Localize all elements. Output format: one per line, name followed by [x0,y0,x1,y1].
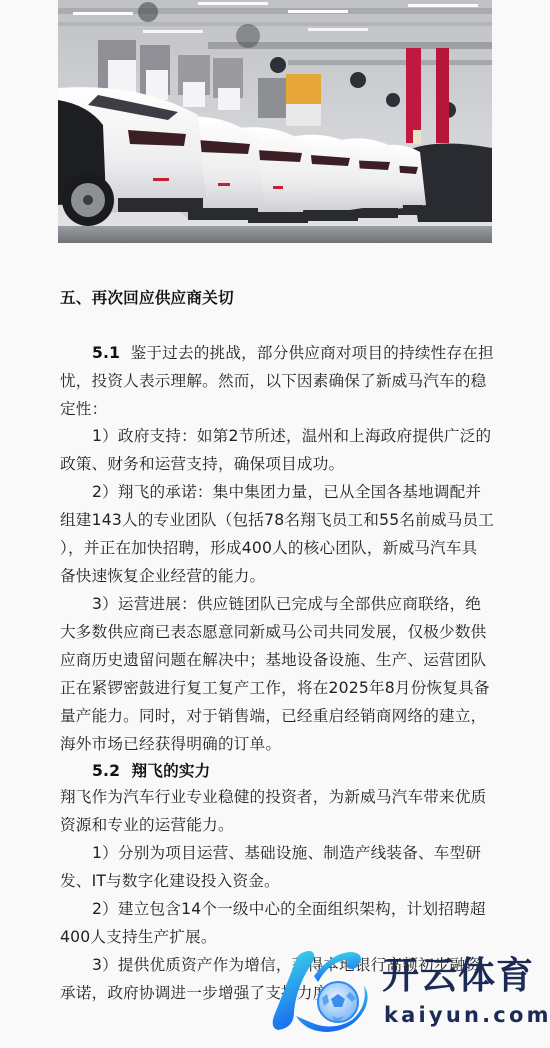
point-line: 正在紧锣密鼓进行复工复产工作，将在2025年8月份恢复具备 [60,674,490,702]
point-line: 大多数供应商已表态愿意同新威马公司共同发展，仅极少数供 [60,618,486,646]
watermark-brand: 开云体育 [382,954,534,998]
section-number: 5.1 [92,344,120,362]
point-line: 组建143人的专业团队（包括78名翔飞员工和55名前威马员工 [60,506,494,534]
point-line: 2）翔飞的承诺：集中集团力量，已从全国各基地调配并 [60,478,481,506]
article-photo [58,0,492,243]
point-line: 发、IT与数字化建设投入资金。 [60,867,280,895]
point-line: 2）建立包含14个一级中心的全面组织架构，计划招聘超 [60,895,486,923]
point-line: ），并正在加快招聘，形成400人的核心团队，新威马汽车具 [60,534,477,562]
paragraph-5-2-line: 翔飞作为汽车行业专业稳健的投资者，为新威马汽车带来优质 [60,783,486,811]
point-line: 1）分别为项目运营、基础设施、制造产线装备、车型研 [60,839,481,867]
factory-cars-image [58,0,492,243]
watermark-logo: 开云体育 kaiyun.com [266,946,546,1036]
paragraph-5-1-line: 忧，投资人表示理解。然而，以下因素确保了新威马汽车的稳 [60,367,486,395]
subsection-heading: 5.2 翔飞的实力 [60,757,210,785]
point-line: 备快速恢复企业经营的能力。 [60,562,265,590]
paragraph-5-1-line: 定性： [60,395,107,423]
paragraph-5-2-line: 资源和专业的运营能力。 [60,811,234,839]
k-soccer-ball-logo-icon [266,946,378,1036]
point-line: 海外市场已经获得明确的订单。 [60,730,281,758]
paragraph-5-1-line: 5.1 鉴于过去的挑战，部分供应商对项目的持续性存在担 [60,339,494,367]
point-line: 应商历史遗留问题在解决中；基地设备设施、生产、运营团队 [60,646,486,674]
section-heading: 五、再次回应供应商关切 [60,284,234,312]
watermark-domain: kaiyun.com [384,1002,550,1028]
point-line: 1）政府支持：如第2节所述，温州和上海政府提供广泛的 [60,422,491,450]
point-line: 400人支持生产扩展。 [60,923,217,951]
point-line: 量产能力。同时，对于销售端，已经重启经销商网络的建立， [60,702,486,730]
point-line: 3）运营进展：供应链团队已完成与全部供应商联络，绝 [60,590,481,618]
point-line: 政策、财务和运营支持，确保项目成功。 [60,450,344,478]
